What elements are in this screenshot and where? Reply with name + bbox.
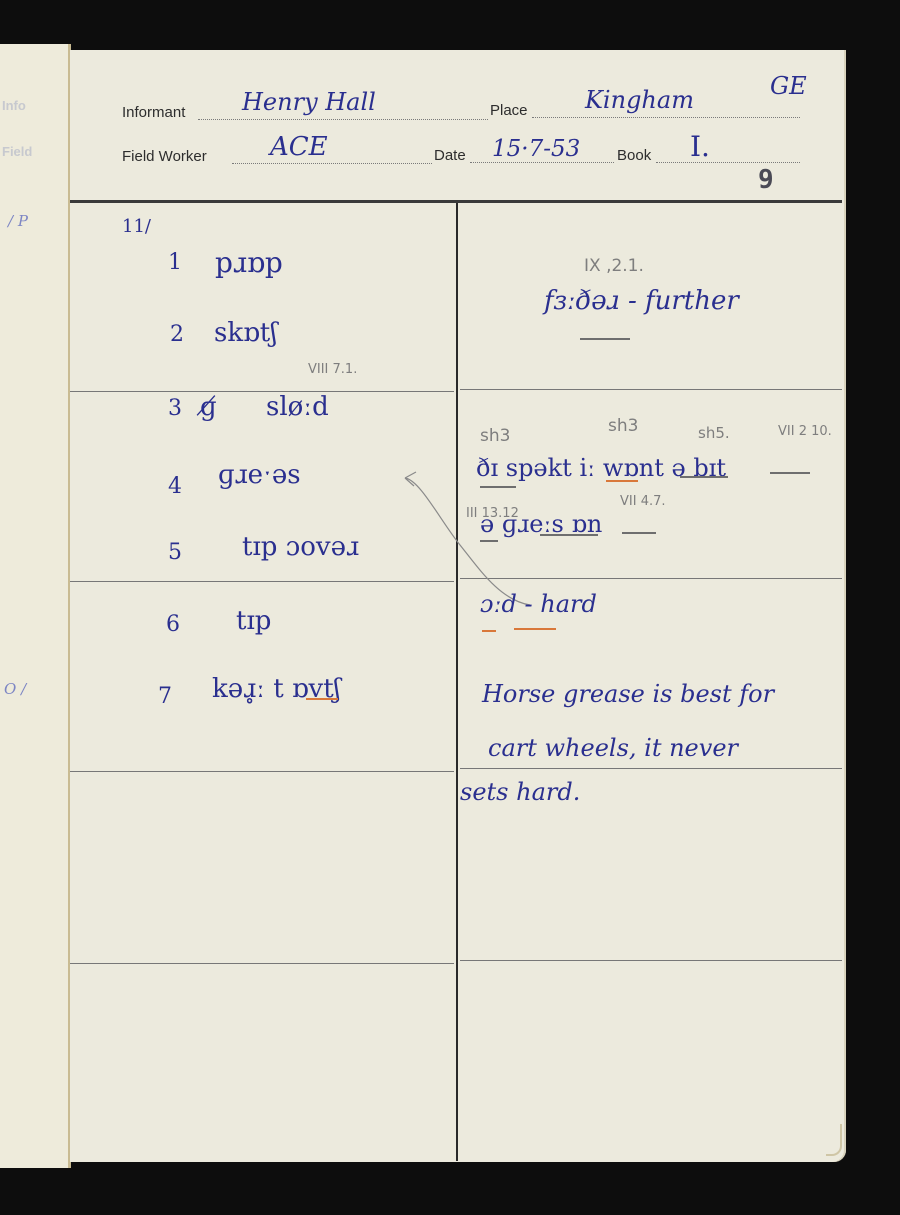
item-transcription: tɪp ɔovəɹ	[242, 532, 359, 562]
ghost-label: Field	[2, 144, 32, 159]
informant-value: Henry Hall	[242, 88, 376, 116]
row-line	[460, 960, 842, 961]
row-line	[460, 389, 842, 390]
note-text-line: cart wheels, it never	[488, 734, 738, 762]
margin-mark: O /	[4, 680, 26, 698]
item-transcription: ɡɹeˑəs	[218, 460, 301, 490]
date-value: 15·7-53	[492, 136, 580, 162]
item-transcription: pɹɒp	[215, 246, 283, 279]
item-transcription: skɒtʃ	[214, 318, 277, 348]
pencil-underline	[770, 472, 810, 474]
ghost-label: Info	[2, 98, 26, 113]
informant-label: Informant	[122, 104, 185, 121]
orange-underline	[306, 698, 338, 700]
corner-initials: GE	[770, 72, 807, 100]
row-line	[70, 963, 454, 964]
pencil-underline	[480, 486, 516, 488]
pencil-underline	[622, 532, 656, 534]
page-number: 9	[758, 165, 774, 195]
informant-line	[198, 119, 488, 120]
note-text-line: sets hard.	[460, 778, 580, 806]
cross-reference: VII 2 10.	[778, 424, 832, 439]
field-worker-label: Field Worker	[122, 148, 207, 165]
field-worker-line	[232, 163, 432, 164]
cross-reference: VII 4.7.	[620, 494, 666, 509]
row-line	[70, 771, 454, 772]
book-line	[656, 162, 800, 163]
item-number: 7	[158, 684, 172, 709]
pencil-underline	[540, 534, 598, 536]
item-number: 4	[168, 474, 182, 499]
item-transcription: tɪp	[236, 606, 271, 636]
note-transcription: ɔːd - hard	[480, 590, 597, 618]
place-line	[532, 117, 800, 118]
orange-underline	[482, 630, 496, 632]
item-number: 6	[166, 612, 180, 637]
place-value: Kingham	[585, 86, 694, 114]
note-text-line: Horse grease is best for	[482, 680, 774, 708]
orange-underline	[606, 480, 638, 482]
item-transcription: sløːd	[266, 392, 329, 422]
cross-reference: sh3	[608, 416, 638, 436]
pencil-underline	[680, 476, 728, 478]
item-number: 1	[168, 250, 182, 275]
item-number: 2	[170, 322, 184, 347]
row-line	[70, 391, 454, 392]
field-notebook-page: Informant Henry Hall Place Kingham Field…	[70, 50, 846, 1162]
row-line	[460, 768, 842, 769]
cross-reference: VIII 7.1.	[308, 362, 357, 377]
cross-reference: sh5.	[698, 424, 730, 442]
orange-underline	[514, 628, 556, 630]
column-divider	[456, 203, 458, 1161]
pencil-underline	[580, 338, 630, 340]
row-line	[70, 581, 454, 582]
left-page-edge: Info Field / P O /	[0, 44, 71, 1168]
page-corner-curl	[826, 1124, 842, 1156]
note-transcription: fɜːðəɹ - further	[544, 286, 739, 316]
date-label: Date	[434, 147, 466, 164]
section-mark: 11/	[122, 216, 151, 237]
book-label: Book	[617, 147, 651, 164]
field-worker-value: ACE	[270, 132, 328, 162]
place-label: Place	[490, 102, 528, 119]
margin-mark: / P	[8, 212, 28, 230]
item-number: 5	[168, 540, 182, 565]
date-line	[470, 162, 614, 163]
cross-reference: IX ,2.1.	[584, 256, 644, 276]
item-number: 3	[168, 396, 182, 421]
cross-reference: sh3	[480, 426, 510, 446]
pencil-underline	[480, 540, 498, 542]
struck-out-mark: ɡ̸	[200, 392, 217, 422]
book-value: I.	[690, 130, 710, 163]
